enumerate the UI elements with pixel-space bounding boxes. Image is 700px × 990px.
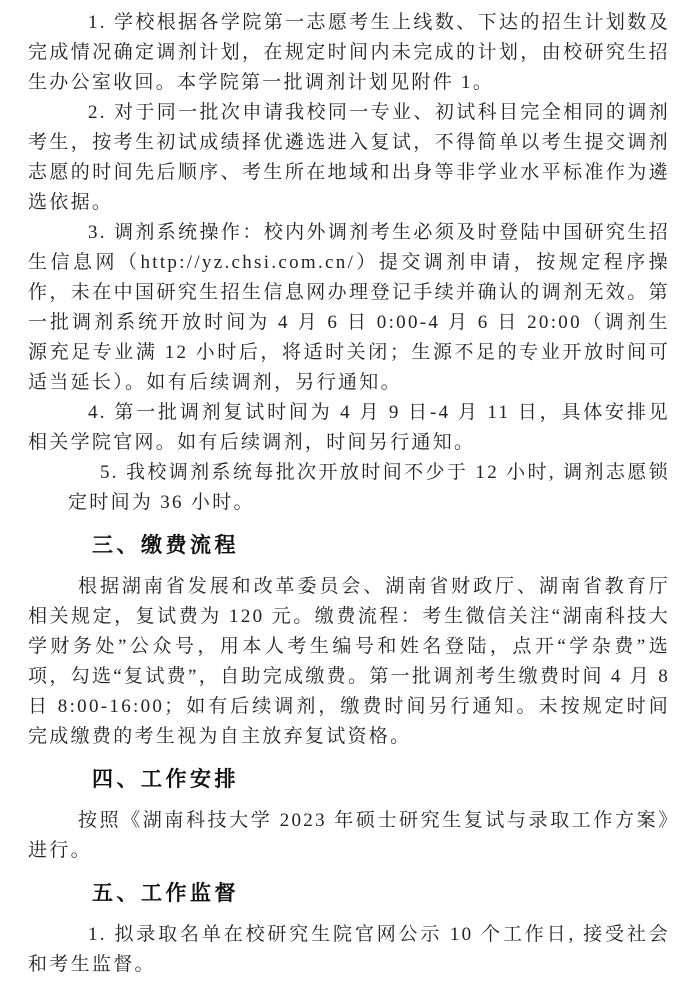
heading-work-supervision: 五、工作监督 bbox=[28, 878, 670, 910]
adjustment-item-1: 1. 学校根据各学院第一志愿考生上线数、下达的招生计划数及完成情况确定调剂计划，… bbox=[28, 8, 670, 98]
adjustment-item-4: 4. 第一批调剂复试时间为 4 月 9 日-4 月 11 日，具体安排见相关学院… bbox=[28, 398, 670, 458]
adjustment-item-3: 3. 调剂系统操作：校内外调剂考生必须及时登陆中国研究生招生信息网（http:/… bbox=[28, 218, 670, 398]
document-page: 1. 学校根据各学院第一志愿考生上线数、下达的招生计划数及完成情况确定调剂计划，… bbox=[0, 0, 700, 990]
arrangement-paragraph: 按照《湖南科技大学 2023 年硕士研究生复试与录取工作方案》进行。 bbox=[28, 806, 670, 866]
adjustment-item-2: 2. 对于同一批次申请我校同一专业、初试科目完全相同的调剂考生，按考生初试成绩择… bbox=[28, 98, 670, 218]
adjustment-item-5: 5. 我校调剂系统每批次开放时间不少于 12 小时, 调剂志愿锁定时间为 36 … bbox=[68, 458, 670, 518]
supervision-item-1: 1. 拟录取名单在校研究生院官网公示 10 个工作日, 接受社会和考生监督。 bbox=[28, 920, 670, 980]
document-body: 1. 学校根据各学院第一志愿考生上线数、下达的招生计划数及完成情况确定调剂计划，… bbox=[28, 8, 670, 980]
heading-payment-process: 三、缴费流程 bbox=[28, 530, 670, 562]
payment-paragraph: 根据湖南省发展和改革委员会、湖南省财政厅、湖南省教育厅相关规定，复试费为 120… bbox=[28, 572, 670, 752]
heading-work-arrangement: 四、工作安排 bbox=[28, 764, 670, 796]
